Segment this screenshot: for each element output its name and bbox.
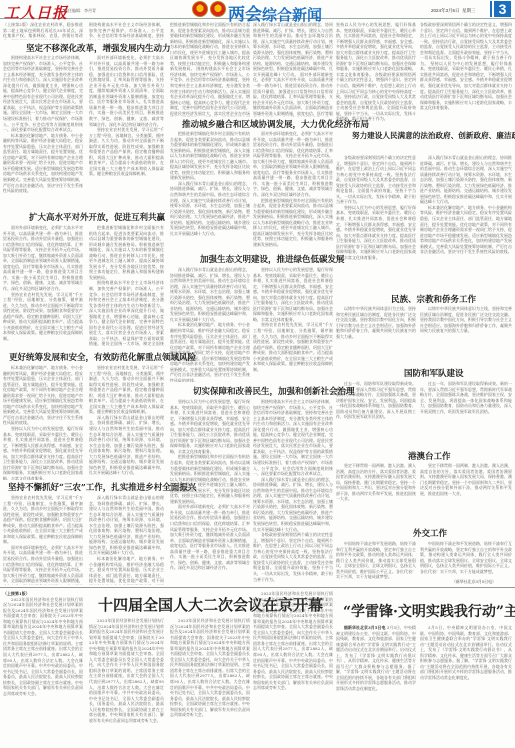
section-headline: 切实保障和改善民生，加强和创新社会治理: [193, 385, 355, 397]
article-text: 深入践行绿水青山就是金山银山的理念，协同推进降碳、减污、扩绿、增长，建设人与自然…: [253, 22, 333, 117]
article-text: 中国始终不渝走和平发展道路，始终不渝奉行互利共赢的开放战略，坚定奉行独立自主的和…: [336, 541, 416, 585]
section-headline: 外交工作: [413, 527, 447, 539]
article-text: 坚定不移贯彻一国两制、港人治港、澳人治澳、高度自治的方针，落实爱国者治港、爱国者…: [420, 463, 512, 523]
leifeng-headline: “学雷锋·文明实践我行动”主题活动启动: [343, 601, 515, 621]
national-emblem-icon: [192, 1, 208, 17]
article-lead: （上接第2版）深化农业农村改革，稳步推进第二轮土地承包到期后再延长30年试点，深…: [3, 22, 83, 40]
article-text: 3月5日，中央精神文明建设办公室、中国文联、中国科协、中国残联、教育部、文化和旅…: [420, 625, 512, 748]
section-headline: 坚定不移深化改革，增强发展内生动力: [26, 42, 171, 54]
article-text: 标本兼治化解房地产、地方债务、中小金融机构等风险，维护经济金融大局稳定。稳妥有序…: [3, 365, 83, 480]
article-text: 把推进新型城镇化和乡村全面振兴有机结合起来，促进各类要素双向流动，推动以县城为重…: [170, 131, 250, 249]
article-text: 面对外部环境新变化，必须扩大高水平对外开放，以高质量共建一带一路为牵引，推进贸易…: [253, 131, 333, 249]
article-text: 以铸牢中华民族共同体意识为主线，坚持和完善民族区域自治制度，促进各民族广泛交往交…: [336, 306, 416, 362]
editor-line: 责任编辑：李丹青: [64, 8, 96, 14]
article-text: 2023年国民经济和社会发展计划执行情况与2024年国民经济和社会发展计划草案的…: [89, 618, 164, 748]
section-headline: 国防和军队建设: [404, 367, 464, 379]
section-headline: 加强生态文明建设，推进绿色低碳发展: [200, 253, 345, 265]
article-text: 深入践行绿水青山就是金山银山的理念，协同推进降碳、减污、扩绿、增长，建设人与自然…: [420, 155, 512, 288]
article-text: 坚持以人民为中心的发展思想，履行好保基本、兜底线职责，采取更多惠民生、暖民心举措…: [336, 22, 416, 128]
section-headline: 港澳台工作: [408, 450, 451, 462]
section-headline: 扩大高水平对外开放，促进互利共赢: [29, 211, 165, 223]
cppcc-emblem-icon: [210, 1, 226, 17]
article-text: 把推进新型城镇化和乡村全面振兴有机结合起来，促进各类要素双向流动，推动以县城为重…: [170, 22, 250, 117]
article-text: 2023年国民经济和社会发展计划执行情况与2024年国民经济和社会发展计划草案的…: [253, 591, 333, 748]
masthead: 工人日报 责任编辑：李丹青 两会综合新闻 2024年3月6日 星期三 3: [0, 0, 515, 19]
emblems: [192, 1, 226, 17]
article-text: 坚持农业农村优先发展，学习运用“千万工程”经验，因地制宜、分类施策，循序渐进、久…: [3, 495, 83, 585]
article-text: 2023年国民经济和社会发展计划执行情况与2024年国民经济和社会发展计划草案的…: [170, 618, 250, 748]
section-headline: 民族、宗教和侨务工作: [391, 293, 476, 305]
article-text: 各级政府要深刻领悟两个确立的决定性意义，增强四个意识、坚定四个自信、做到两个维护…: [420, 22, 512, 128]
section-headline: 努力建设人民满意的法治政府、创新政府、廉洁政府和服务型政府，全面履行好政府职责: [352, 130, 515, 141]
article-text: 围绕构建高水平社会主义市场经济体制，加快完善产权保护、市场准入、公平竞争、社会信…: [253, 399, 333, 585]
section-headline: 坚持不懈抓好“三农”工作，扎实推进乡村全面振兴: [8, 481, 196, 493]
section-headline: 更好统筹发展和安全，有效防范化解重点领域风险: [9, 351, 196, 363]
article-text: 各级政府要深刻领悟两个确立的决定性意义，增强四个意识、坚定四个自信、做到两个维护…: [336, 155, 416, 288]
article-text: 把推进新型城镇化和乡村全面振兴有机结合起来，促进各类要素双向流动，推动以县城为重…: [89, 225, 164, 347]
article-text: 坚持以人民为中心的发展思想，履行好保基本、兜底线职责，采取更多惠民生、暖民心举措…: [253, 267, 333, 382]
article-text: 围绕构建高水平社会主义市场经济体制，加快完善产权保护、市场准入、公平竞争、社会信…: [89, 22, 164, 40]
article-text: 围绕构建高水平社会主义市场经济体制，加快完善产权保护、市场准入、公平竞争、社会信…: [3, 55, 83, 207]
dateline: 2024年3月6日 星期三: [431, 8, 476, 14]
paper-logo: 工人日报: [4, 2, 68, 23]
article-text: 据新华社北京3月5日电 3月5日，中央精神文明建设办公室、中国文联、中国科协、中…: [336, 625, 416, 748]
article-text: 面对外部环境新变化，必须扩大高水平对外开放，以高质量共建一带一路为牵引，推进贸易…: [89, 55, 164, 207]
dateline-credit: （新华社北京3月5日电）: [452, 579, 496, 585]
article-text: 过去一年，国防和军队建设取得新成效。新的一年，要深入贯彻习近平强军思想，贯彻新时…: [420, 381, 512, 447]
article-text: 面对外部环境新变化，必须扩大高水平对外开放，以高质量共建一带一路为牵引，推进贸易…: [3, 225, 83, 347]
article-text: （上接第1版）2023年国民经济和社会发展计划执行情况与2024年国民经济和社会…: [3, 591, 83, 748]
article-text: 坚定不移贯彻一国两制、港人治港、澳人治澳、高度自治的方针，落实爱国者治港、爱国者…: [336, 463, 416, 523]
page-number: 3: [494, 1, 511, 17]
section-divider: [0, 587, 515, 588]
section-headline: 推动城乡融合和区域协调发展，大力优化经济布局: [182, 118, 369, 130]
article-text: 深入践行绿水青山就是金山银山的理念，协同推进降碳、减污、扩绿、增长，建设人与自然…: [170, 267, 250, 382]
article-text: 中国始终不渝走和平发展道路，始终不渝奉行互利共赢的开放战略，坚定奉行独立自主的和…: [420, 541, 512, 577]
article-text: 坚持农业农村优先发展，学习运用“千万工程”经验，因地制宜、分类施策，循序渐进、久…: [89, 365, 164, 480]
article-text: 以铸牢中华民族共同体意识为主线，坚持和完善民族区域自治制度，促进各民族广泛交往交…: [420, 306, 512, 362]
article-text: 深入践行绿水青山就是金山银山的理念，协同推进降碳、减污、扩绿、增长，建设人与自然…: [89, 495, 164, 585]
